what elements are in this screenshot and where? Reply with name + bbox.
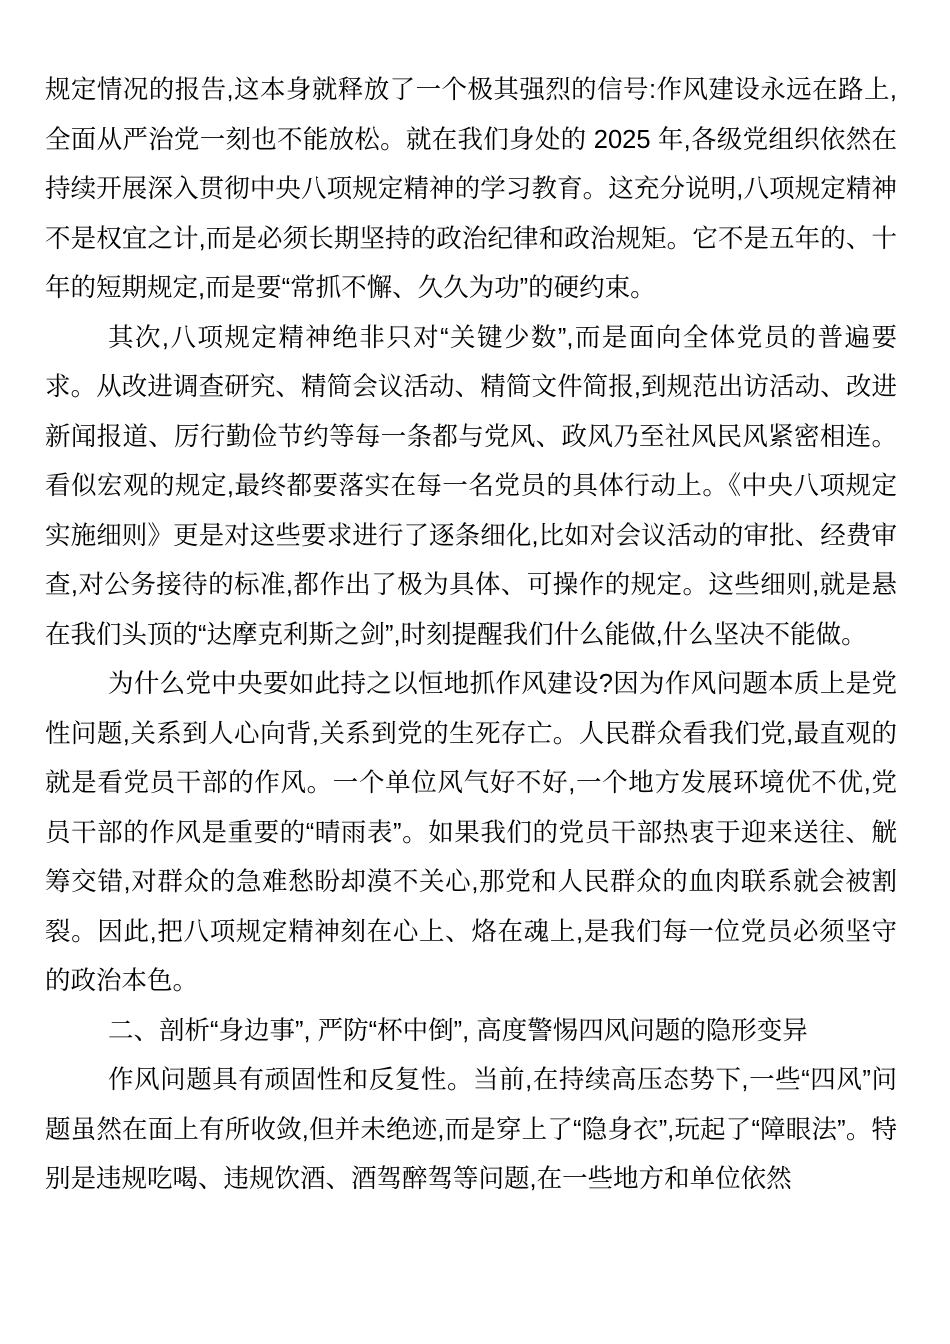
section-heading: 二、剖析“身边事”, 严防“杯中倒”, 高度警惕四风问题的隐形变异 — [45, 1007, 897, 1057]
paragraph: 规定情况的报告,这本身就释放了一个极其强烈的信号:作风建设永远在路上,全面从严治… — [45, 66, 897, 314]
document-page: 规定情况的报告,这本身就释放了一个极其强烈的信号:作风建设永远在路上,全面从严治… — [0, 0, 950, 1344]
paragraph: 为什么党中央要如此持之以恒地抓作风建设?因为作风问题本质上是党性问题,关系到人心… — [45, 660, 897, 1007]
document-body: 规定情况的报告,这本身就释放了一个极其强烈的信号:作风建设永远在路上,全面从严治… — [45, 66, 897, 1205]
paragraph: 作风问题具有顽固性和反复性。当前,在持续高压态势下,一些“四风”问题虽然在面上有… — [45, 1056, 897, 1205]
paragraph: 其次,八项规定精神绝非只对“关键少数”,而是面向全体党员的普遍要求。从改进调查研… — [45, 314, 897, 661]
